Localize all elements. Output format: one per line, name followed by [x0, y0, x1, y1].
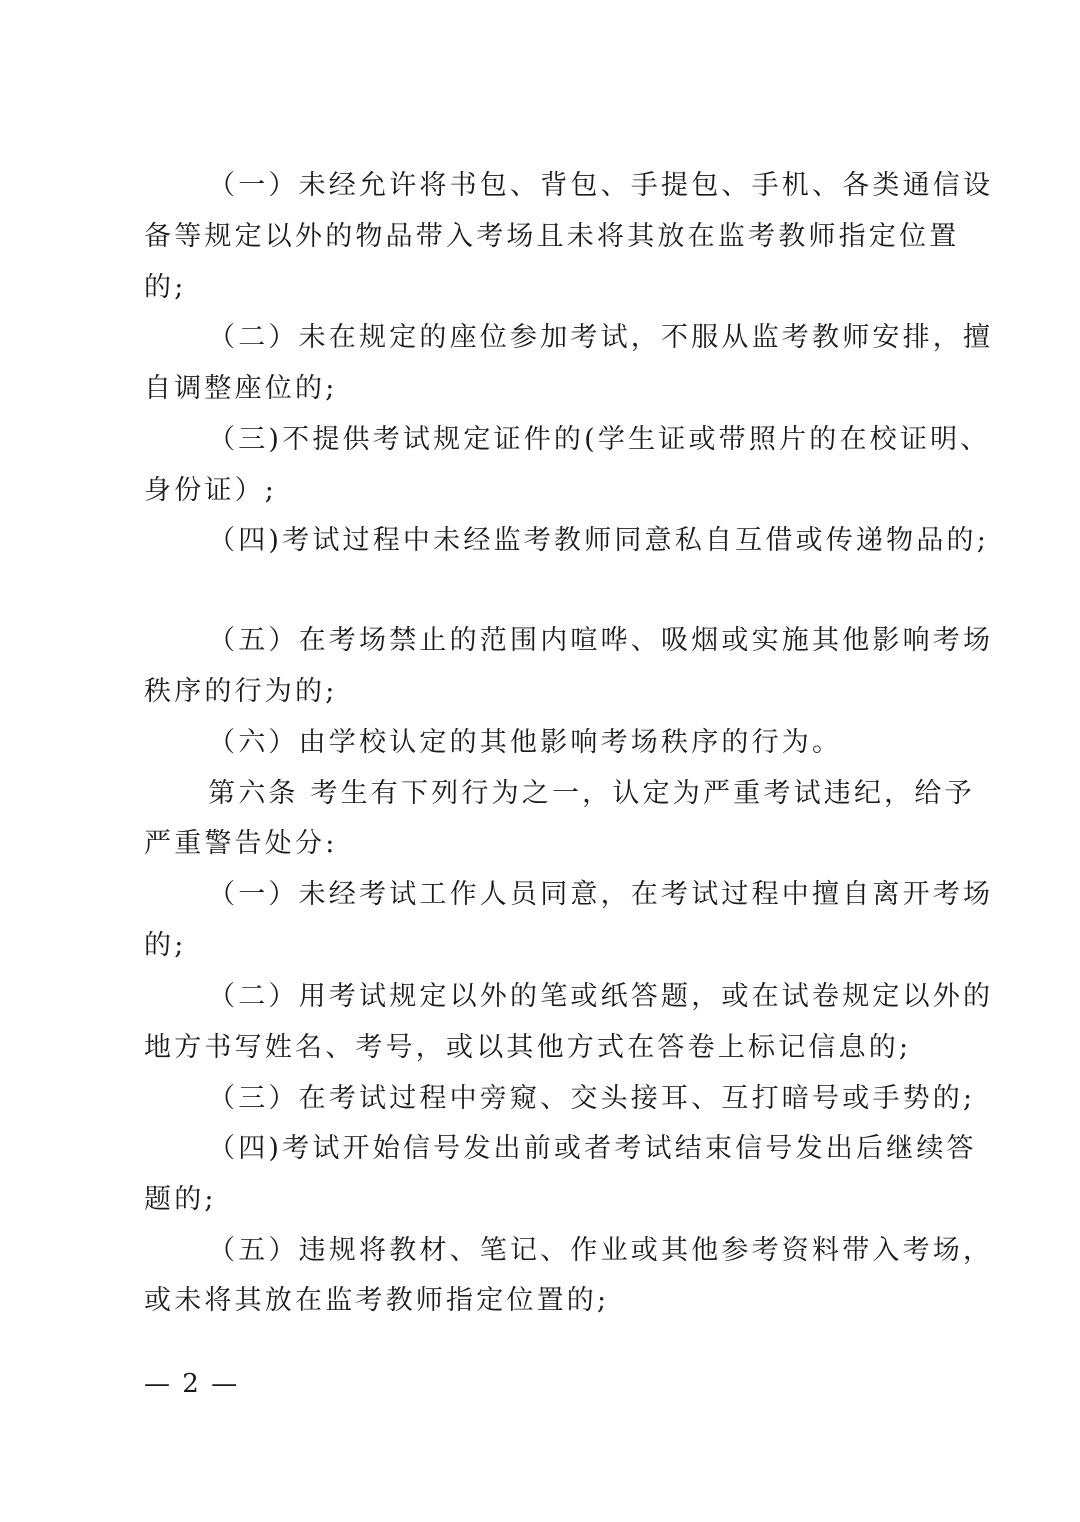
page-number: — 2 — [144, 1366, 239, 1402]
text-line: 严重警告处分: [144, 824, 954, 864]
text-line: （三)不提供考试规定证件的(学生证或带照片的在校证明、 [208, 420, 954, 460]
text-line: （四)考试过程中未经监考教师同意私自互借或传递物品的; [208, 521, 954, 561]
text-line: 的; [144, 926, 954, 966]
text-line: （四)考试开始信号发出前或者考试结束信号发出后继续答 [208, 1129, 954, 1169]
text-line: 备等规定以外的物品带入考场且未将其放在监考教师指定位置 [144, 217, 954, 257]
text-line: （一）未经允许将书包、背包、手提包、手机、各类通信设 [208, 166, 954, 206]
article-heading-line: 第六条 考生有下列行为之一，认定为严重考试违纪，给予 [208, 774, 954, 814]
text-line: 自调整座位的; [144, 369, 954, 409]
text-line: （一）未经考试工作人员同意，在考试过程中擅自离开考场 [208, 875, 954, 915]
text-line: 秩序的行为的; [144, 672, 954, 712]
text-line: 或未将其放在监考教师指定位置的; [144, 1281, 954, 1321]
text-line: （六）由学校认定的其他影响考场秩序的行为。 [208, 723, 954, 763]
text-line: 地方书写姓名、考号，或以其他方式在答卷上标记信息的; [144, 1028, 954, 1068]
text-line: （二）未在规定的座位参加考试，不服从监考教师安排，擅 [208, 318, 954, 358]
text-line: （五）违规将教材、笔记、作业或其他参考资料带入考场， [208, 1231, 954, 1271]
text-line: （五）在考场禁止的范围内喧哗、吸烟或实施其他影响考场 [208, 621, 954, 661]
text-line: （三）在考试过程中旁窥、交头接耳、互打暗号或手势的; [208, 1079, 954, 1119]
text-line: 身份证）; [144, 471, 954, 511]
text-line: 的; [144, 268, 954, 308]
text-line: 题的; [144, 1180, 954, 1220]
text-line: （二）用考试规定以外的笔或纸答题，或在试卷规定以外的 [208, 977, 954, 1017]
